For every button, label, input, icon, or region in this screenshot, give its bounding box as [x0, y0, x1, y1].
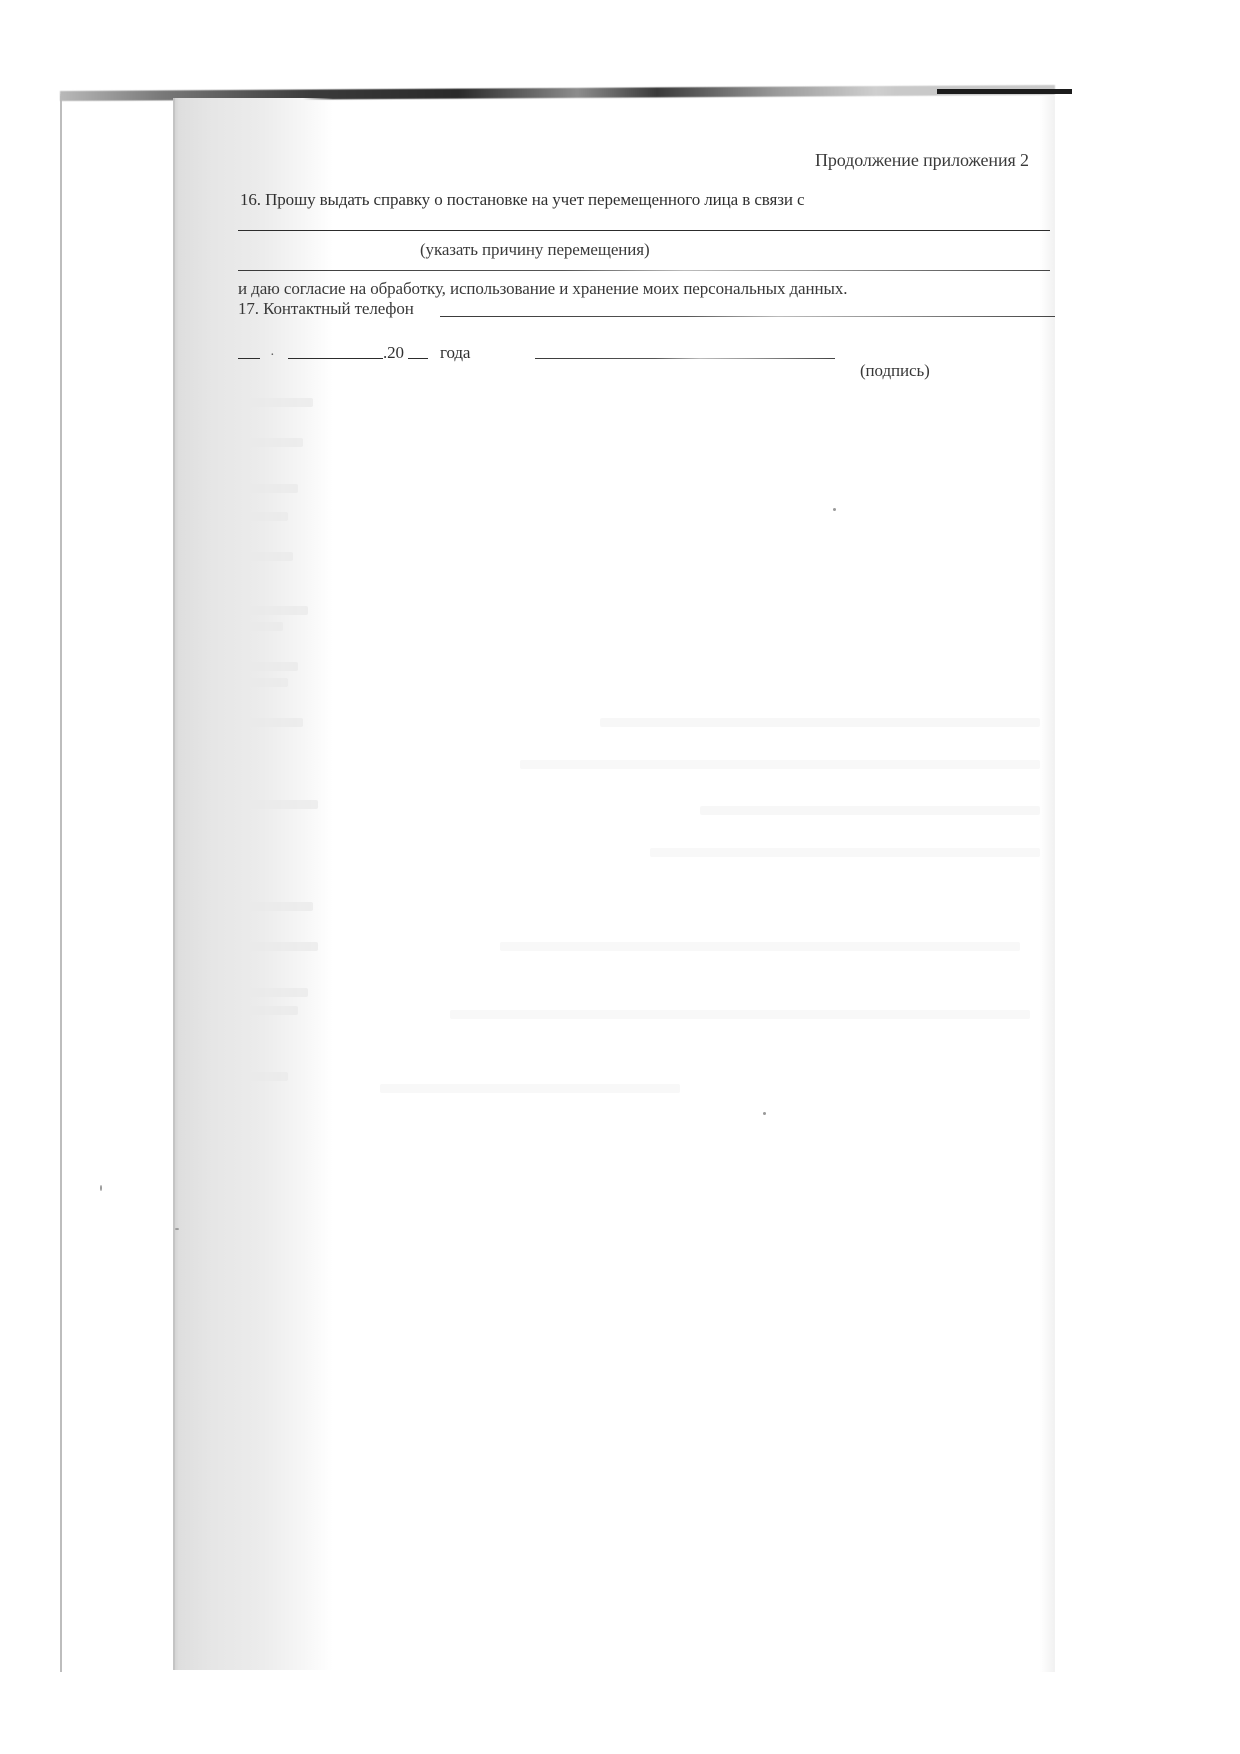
binding-shadow [173, 98, 333, 1670]
item-16-request-text: 16. Прошу выдать справку о постановке на… [240, 190, 804, 210]
date-year-field[interactable] [408, 358, 428, 359]
binding-fold-line [173, 98, 175, 1670]
page-right-shade [1040, 96, 1055, 1672]
date-separator: · [270, 348, 275, 364]
date-month-field[interactable] [288, 358, 383, 359]
signature-hint: (подпись) [860, 361, 930, 381]
date-year-prefix: .20 [383, 343, 404, 363]
page-top-edge-dark-strip [937, 89, 1072, 94]
year-suffix-label: года [440, 343, 470, 363]
date-day-field[interactable] [238, 358, 260, 359]
reason-continuation-line[interactable] [238, 270, 1050, 271]
reason-input-line[interactable] [238, 230, 1050, 231]
contact-phone-field[interactable] [440, 316, 1055, 317]
page-left-edge [60, 96, 62, 1672]
appendix-continuation-note: Продолжение приложения 2 [815, 150, 1029, 170]
contact-phone-label: 17. Контактный телефон [238, 299, 414, 319]
signature-field[interactable] [535, 358, 835, 359]
reason-hint: (указать причину перемещения) [420, 240, 650, 260]
personal-data-consent-text: и даю согласие на обработку, использован… [238, 279, 847, 299]
